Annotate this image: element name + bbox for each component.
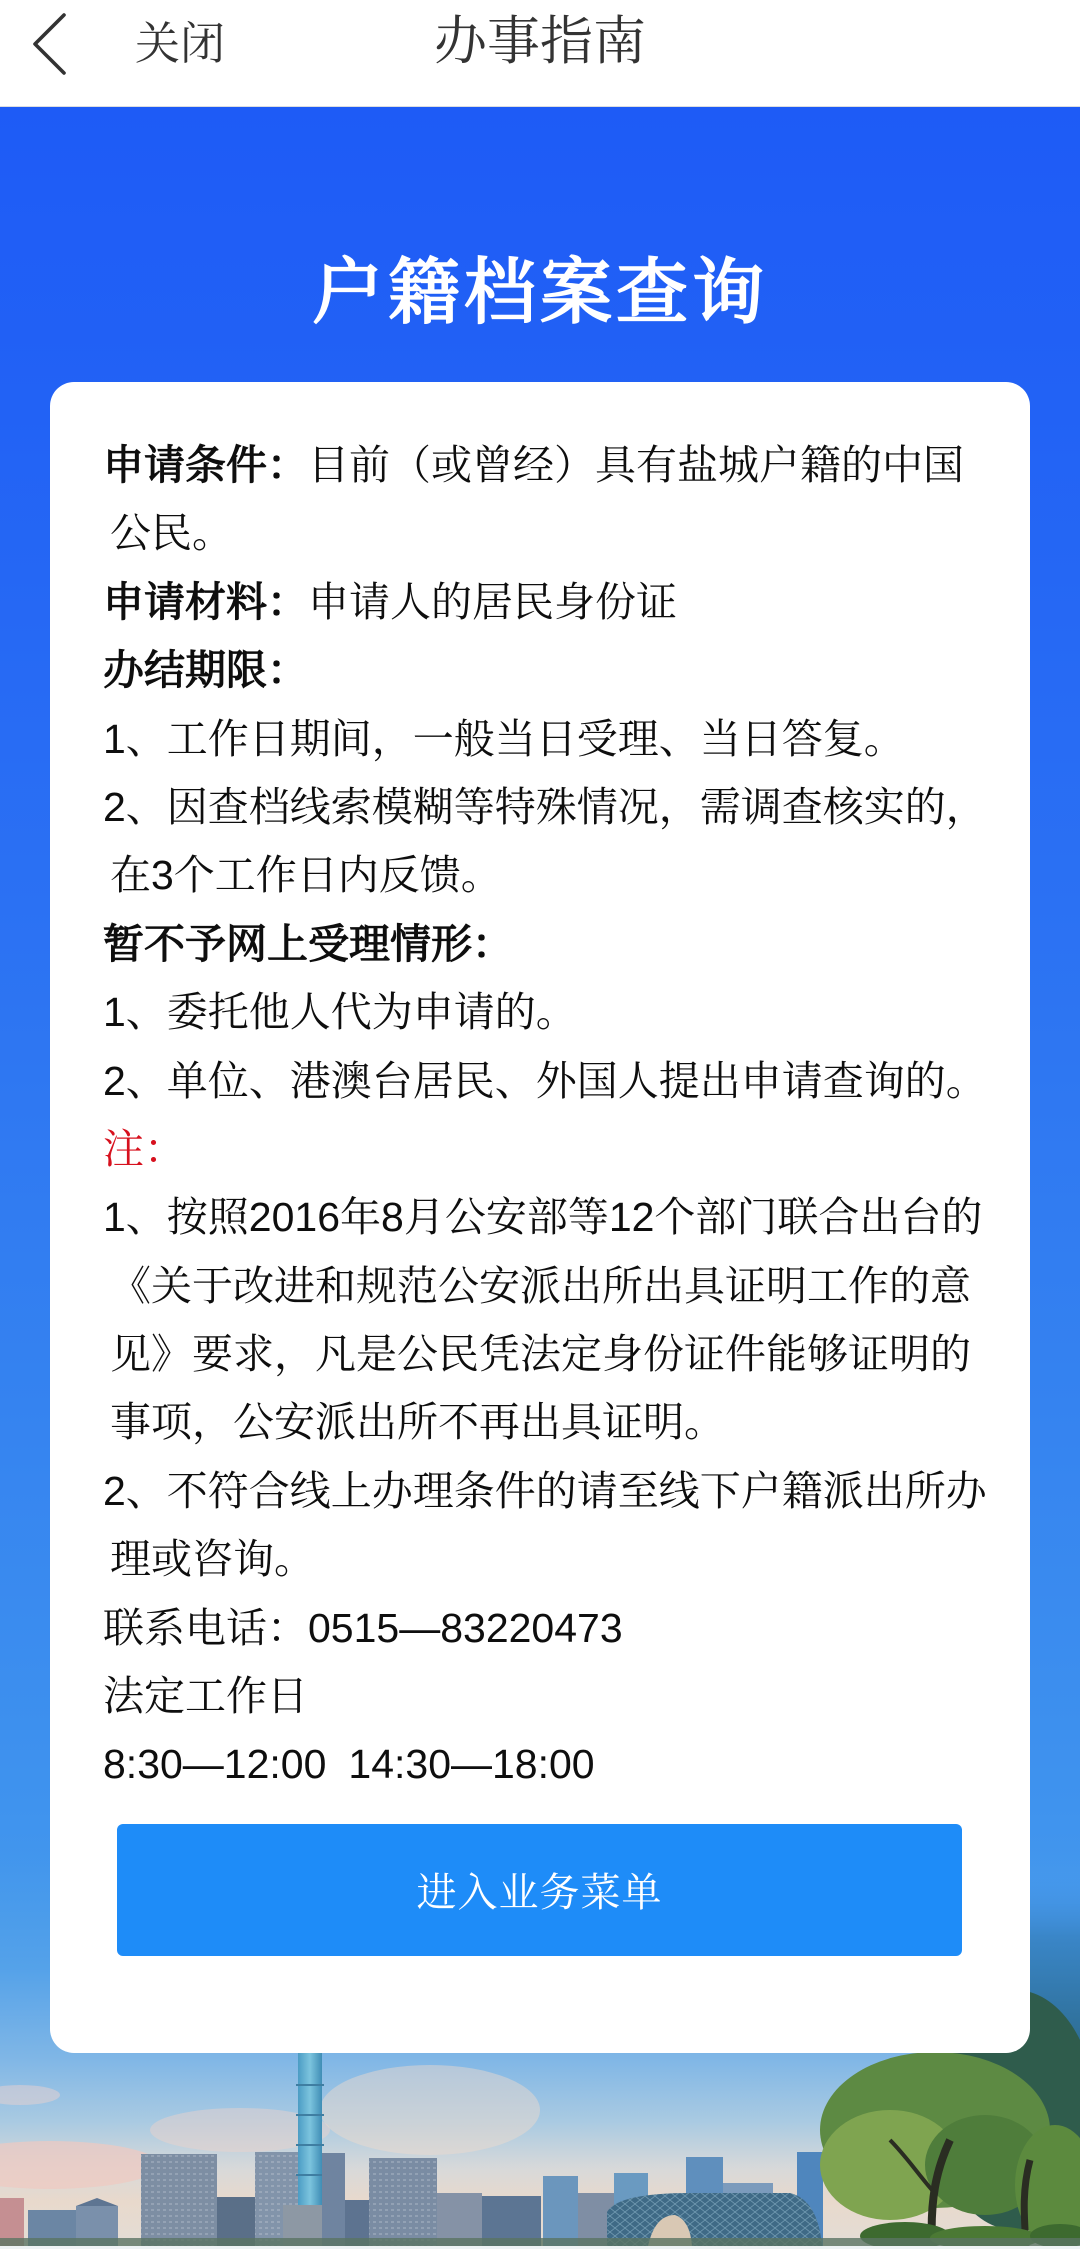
conditions-label: 申请条件： xyxy=(103,442,308,488)
not-accepted-item-2: 2、单位、港澳台居民、外国人提出申请查询的。 xyxy=(103,1047,977,1115)
page-title: 户籍档案查询 xyxy=(0,255,1080,331)
morning-hours: 8:30—12:00 xyxy=(103,1741,326,1787)
contact-phone[interactable]: 0515—83220473 xyxy=(308,1605,623,1651)
conditions-line: 申请条件：目前（或曾经）具有盐城户籍的中国 xyxy=(103,431,977,499)
contact-label: 联系电话： xyxy=(103,1605,308,1651)
afternoon-hours: 14:30—18:00 xyxy=(348,1741,594,1787)
materials-text: 申请人的居民身份证 xyxy=(308,579,677,625)
materials-line: 申请材料：申请人的居民身份证 xyxy=(103,568,977,636)
note-item-2: 2、不符合线上办理条件的请至线下户籍派出所办 xyxy=(103,1457,977,1525)
conditions-line-cont: 公民。 xyxy=(103,499,977,567)
nav-title: 办事指南 xyxy=(0,10,1080,74)
note-item-1: 1、按照2016年8月公安部等12个部门联合出台的 xyxy=(103,1183,977,1251)
note-item-2-cont: 理或咨询。 xyxy=(103,1525,977,1593)
notes-heading: 注： xyxy=(103,1115,977,1183)
note-item-1-cont-2: 见》要求，凡是公民凭法定身份证件能够证明的 xyxy=(103,1320,977,1388)
guide-content: 申请条件：目前（或曾经）具有盐城户籍的中国 公民。 申请材料：申请人的居民身份证… xyxy=(103,431,977,1799)
conditions-text: 目前（或曾经）具有盐城户籍的中国 xyxy=(308,442,964,488)
deadline-item-2-cont: 在3个工作日内反馈。 xyxy=(103,841,977,909)
deadline-item-1: 1、工作日期间，一般当日受理、当日答复。 xyxy=(103,705,977,773)
guide-card: 申请条件：目前（或曾经）具有盐城户籍的中国 公民。 申请材料：申请人的居民身份证… xyxy=(50,382,1030,2053)
enter-business-menu-button[interactable]: 进入业务菜单 xyxy=(117,1824,962,1956)
working-hours-line: 8:30—12:0014:30—18:00 xyxy=(103,1730,977,1798)
deadline-heading: 办结期限： xyxy=(103,636,977,704)
note-item-1-cont-1: 《关于改进和规范公安派出所出具证明工作的意 xyxy=(103,1252,977,1320)
note-item-1-cont-3: 事项，公安派出所不再出具证明。 xyxy=(103,1388,977,1456)
working-days-label: 法定工作日 xyxy=(103,1662,977,1730)
materials-label: 申请材料： xyxy=(103,579,308,625)
not-accepted-heading: 暂不予网上受理情形： xyxy=(103,910,977,978)
top-nav-bar: 关闭 办事指南 xyxy=(0,0,1080,107)
contact-phone-line: 联系电话：0515—83220473 xyxy=(103,1594,977,1662)
not-accepted-item-1: 1、委托他人代为申请的。 xyxy=(103,978,977,1046)
enter-business-menu-label: 进入业务菜单 xyxy=(417,1861,663,1918)
deadline-item-2: 2、因查档线索模糊等特殊情况，需调查核实的， xyxy=(103,773,977,841)
